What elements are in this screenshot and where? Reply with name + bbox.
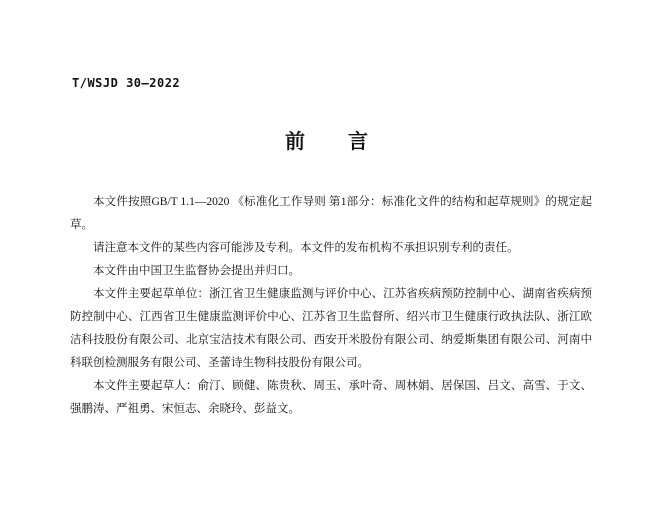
paragraph-drafters: 本文件主要起草人：俞汀、顾健、陈贵秋、周玉、承叶奇、周林娟、居保国、吕文、高雪、… (70, 375, 592, 421)
foreword-body: 本文件按照GB/T 1.1—2020 《标准化工作导则 第1部分：标准化文件的结… (70, 191, 592, 421)
document-page: T/WSJD 30—2022 前 言 本文件按照GB/T 1.1—2020 《标… (0, 0, 654, 509)
page-title: 前 言 (0, 130, 654, 154)
standard-number: T/WSJD 30—2022 (72, 76, 180, 90)
paragraph-issuing-body: 本文件由中国卫生监督协会提出并归口。 (70, 260, 592, 283)
paragraph-drafting-organizations: 本文件主要起草单位：浙江省卫生健康监测与评价中心、江苏省疾病预防控制中心、湖南省… (70, 283, 592, 375)
paragraph-patent-notice: 请注意本文件的某些内容可能涉及专利。本文件的发布机构不承担识别专利的责任。 (70, 237, 592, 260)
paragraph-drafting-rules: 本文件按照GB/T 1.1—2020 《标准化工作导则 第1部分：标准化文件的结… (70, 191, 592, 237)
